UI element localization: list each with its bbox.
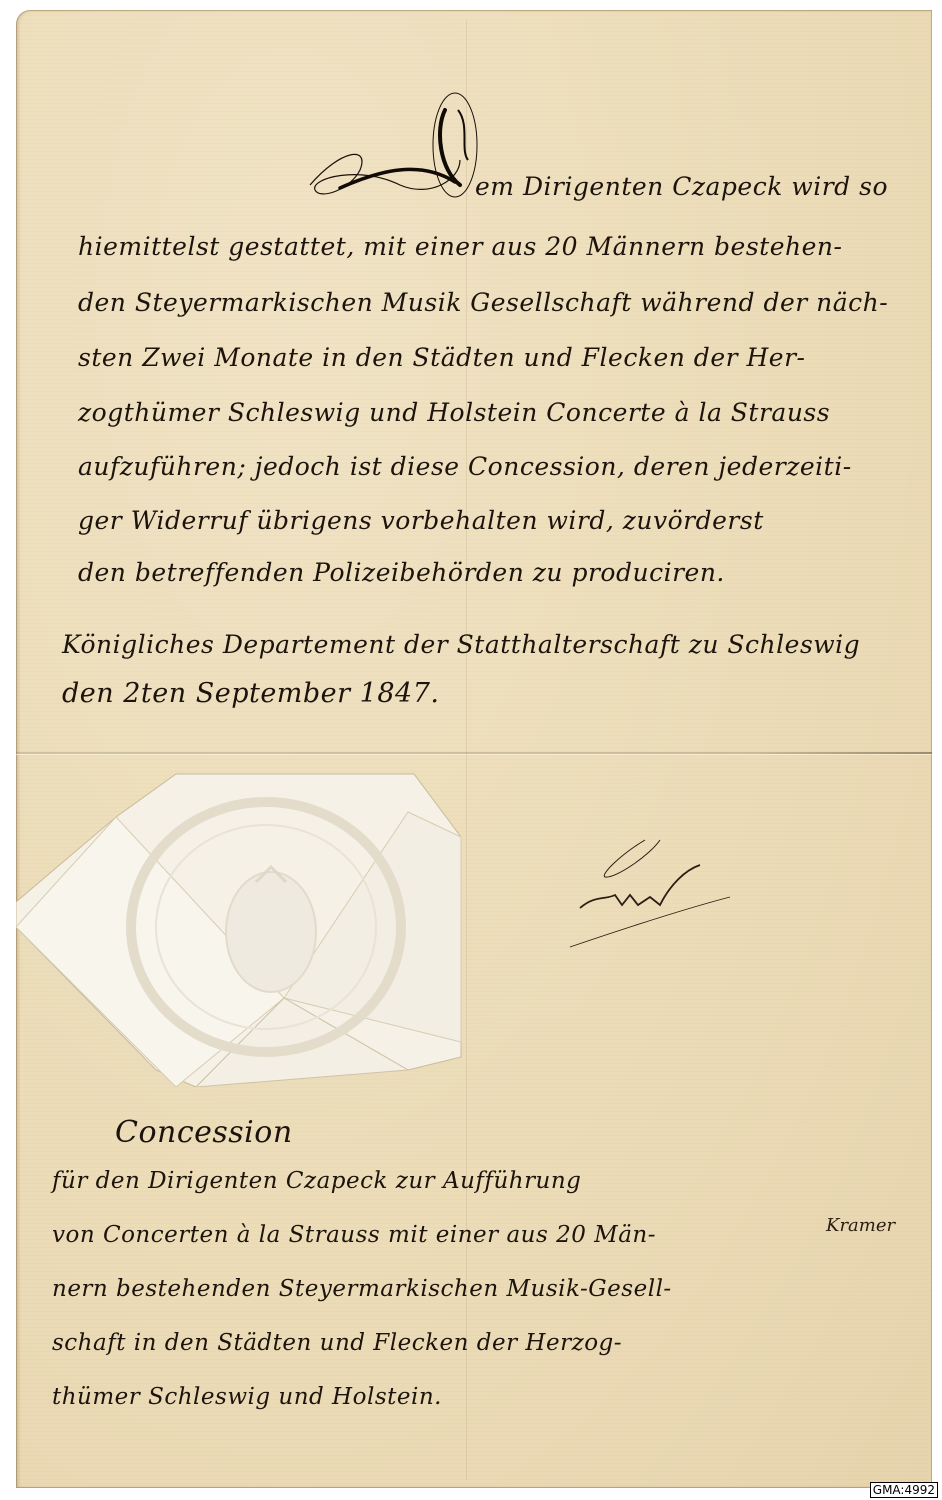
official-signature	[560, 835, 740, 955]
endorsement-line-2: von Concerten à la Strauss mit einer aus…	[52, 1222, 656, 1248]
endorsement-title: Concession	[115, 1115, 293, 1150]
endorsement-line-4: schaft in den Städten und Flecken der He…	[52, 1330, 622, 1356]
endorsement-line-1: für den Dirigenten Czapeck zur Aufführun…	[52, 1168, 581, 1194]
date-line: den 2ten September 1847.	[62, 678, 439, 709]
authority-line: Königliches Departement der Statthalters…	[62, 630, 860, 659]
main-text-line-7: ger Widerruf übrigens vorbehalten wird, …	[78, 506, 764, 535]
main-text-line-1: em Dirigenten Czapeck wird so	[475, 172, 888, 201]
main-text-line-3: den Steyermarkischen Musik Gesellschaft …	[78, 288, 888, 317]
main-text-line-8: den betreffenden Polizeibehörden zu prod…	[78, 558, 725, 587]
endorsement-line-5: thümer Schleswig und Holstein.	[52, 1384, 442, 1410]
endorsement-line-3: nern bestehenden Steyermarkischen Musik-…	[52, 1276, 672, 1302]
archive-id-label: GMA:4992	[870, 1482, 938, 1498]
secretary-signature: Kramer	[826, 1215, 895, 1236]
main-text-line-4: sten Zwei Monate in den Städten und Flec…	[78, 343, 806, 372]
main-text-line-2: hiemittelst gestattet, mit einer aus 20 …	[78, 232, 842, 261]
main-text-line-5: zogthümer Schleswig und Holstein Concert…	[78, 398, 830, 427]
embossed-seal-icon	[16, 752, 470, 1087]
main-text-line-6: aufzuführen; jedoch ist diese Concession…	[78, 452, 852, 481]
